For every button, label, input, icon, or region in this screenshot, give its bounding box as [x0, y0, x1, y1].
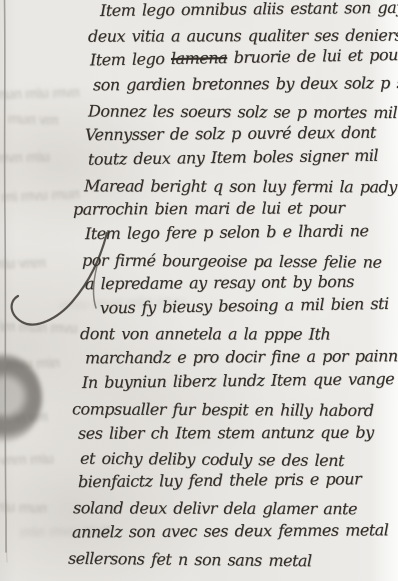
manuscript-line: son gardien bretonnes by deux solz p sol [0, 74, 398, 102]
manuscript-line: annelz son avec ses deux femmes metal [0, 520, 398, 548]
manuscript-line: toutz deux any Item boles signer mil [0, 145, 398, 175]
manuscript-line: Item lego omnibus aliis estant son gayté [0, 0, 398, 27]
manuscript-line: sellersons fet n son sans metal [0, 548, 398, 577]
manuscript-line: bienfaictz luy fend thele pris e pour [0, 469, 398, 498]
line-text: bruorie de lui et pour [227, 45, 398, 67]
manuscript-text-block: Item lego omnibus aliis estant son gayté… [0, 2, 398, 572]
manuscript-line: In buyniun liberz lundz Item que vange b [0, 369, 398, 399]
manuscript-page: nvm uim nummv numuim nvmnum uvm immnv ui… [0, 0, 398, 581]
line-text: Item lego [90, 49, 171, 69]
manuscript-line: compsualler fur bespit en hilly habord [0, 399, 398, 426]
manuscript-line: Item lego fere p selon b e lhardi ne [0, 221, 398, 250]
manuscript-line: ses liber ch Item stem antunz que by [0, 422, 398, 448]
struck-word: lamena [171, 48, 227, 68]
